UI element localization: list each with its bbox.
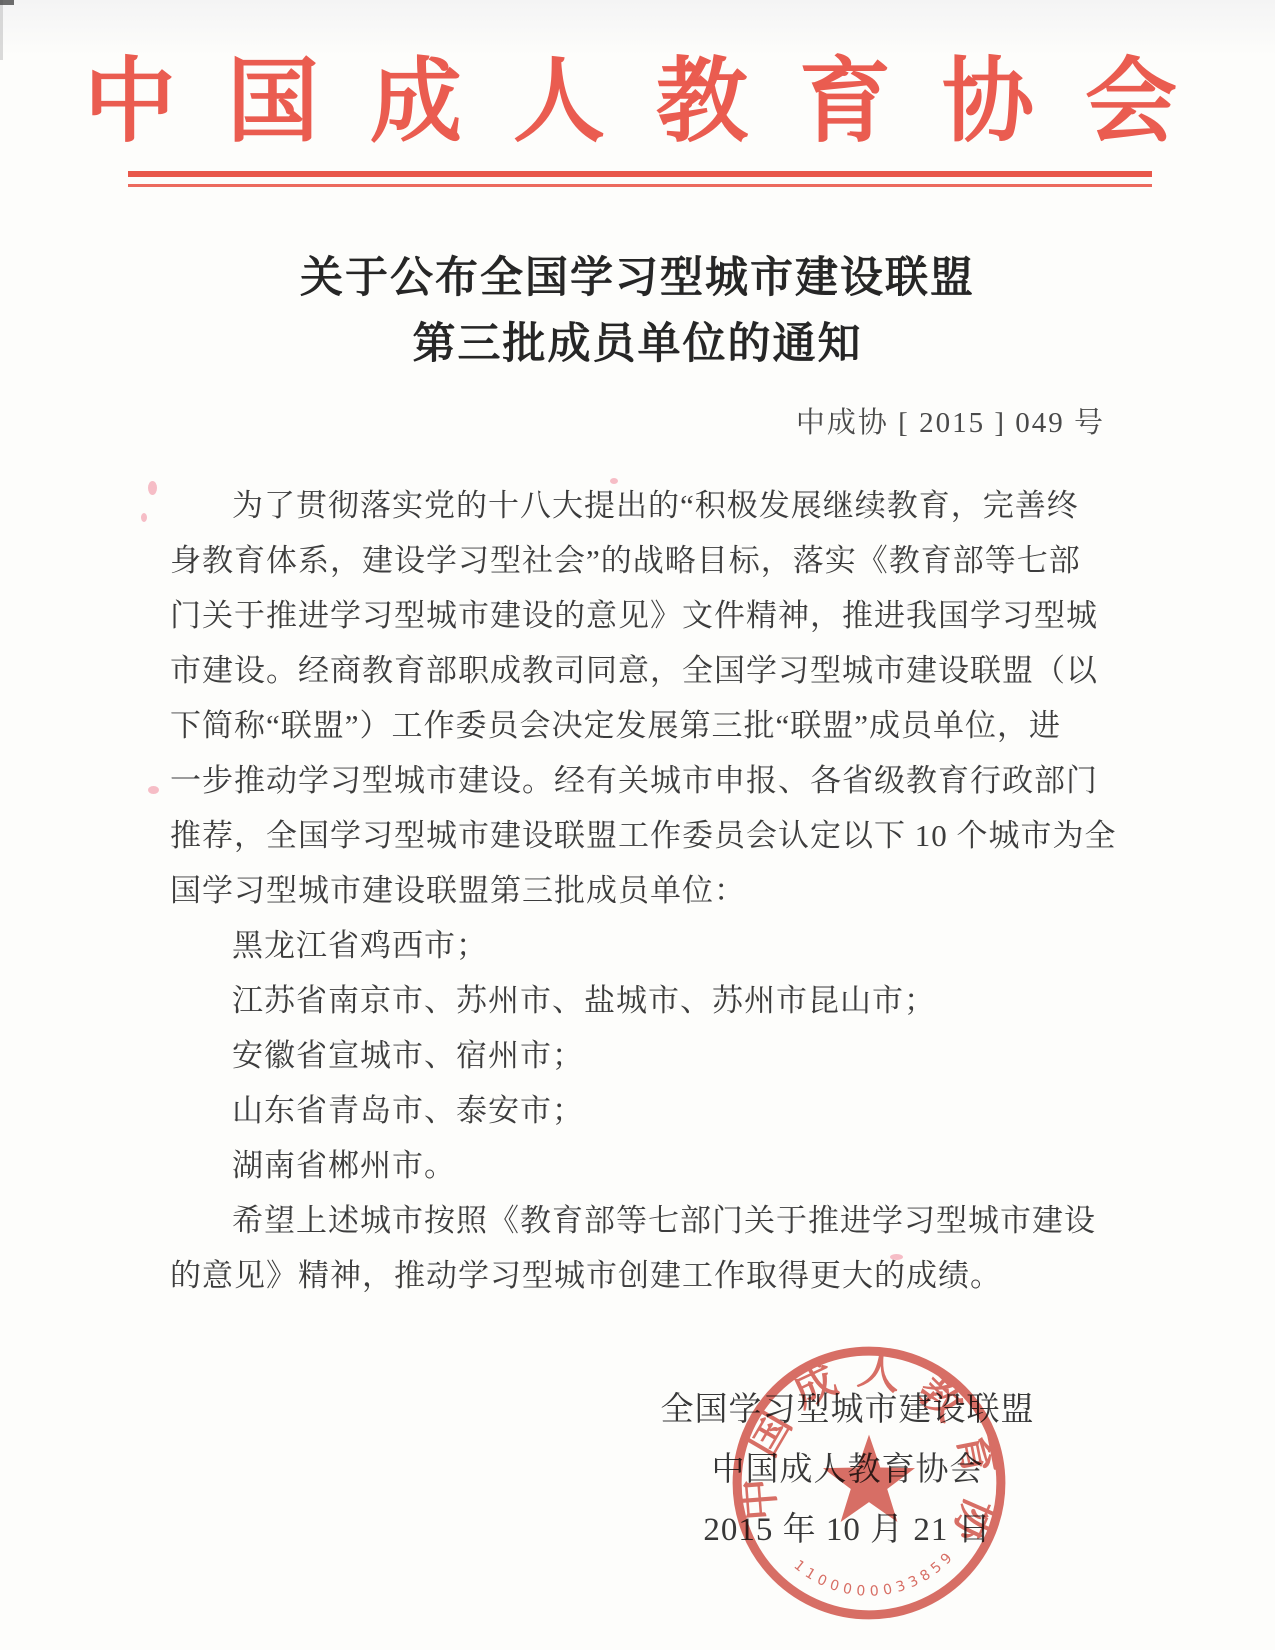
notice-title: 关于公布全国学习型城市建设联盟 第三批成员单位的通知 <box>110 246 1165 378</box>
city-list-item: 黑龙江省鸡西市； <box>170 918 1110 973</box>
notice-title-line2: 第三批成员单位的通知 <box>110 312 1165 378</box>
scan-edge-artifact <box>0 0 14 5</box>
scan-artifact <box>610 478 618 484</box>
body-line: 下简称“联盟”）工作委员会决定发展第三批“联盟”成员单位，进 <box>170 698 1110 753</box>
body-line: 门关于推进学习型城市建设的意见》文件精神，推进我国学习型城 <box>170 588 1110 643</box>
body-line: 希望上述城市按照《教育部等七部门关于推进学习型城市建设 <box>170 1193 1110 1248</box>
seal-arc-text: 中国成人教育协会 <box>718 1332 1006 1563</box>
body-line: 的意见》精神，推动学习型城市创建工作取得更大的成绩。 <box>170 1248 1110 1303</box>
city-list-item: 湖南省郴州市。 <box>170 1138 1110 1193</box>
scan-artifact <box>148 481 157 495</box>
notice-body: 为了贯彻落实党的十八大提出的“积极发展继续教育，完善终 身教育体系，建设学习型社… <box>170 478 1110 1303</box>
letterhead-rule-thin <box>128 184 1152 187</box>
body-line: 一步推动学习型城市建设。经有关城市申报、各省级教育行政部门 <box>170 753 1110 808</box>
letterhead-rule-thick <box>128 171 1152 177</box>
notice-title-line1: 关于公布全国学习型城市建设联盟 <box>110 246 1165 312</box>
official-seal-stamp: 中国成人教育协会 1100000033859 <box>718 1332 1020 1634</box>
body-line: 为了贯彻落实党的十八大提出的“积极发展继续教育，完善终 <box>170 478 1110 533</box>
scan-artifact <box>148 786 159 794</box>
body-line: 推荐，全国学习型城市建设联盟工作委员会认定以下 10 个城市为全 <box>170 808 1110 863</box>
letterhead-org-name: 中 国 成 人 教 育 协 会 <box>0 46 1275 158</box>
seal-serial-number: 1100000033859 <box>791 1547 959 1600</box>
scan-artifact <box>890 1254 903 1260</box>
body-line: 国学习型城市建设联盟第三批成员单位： <box>170 863 1110 918</box>
city-list-item: 安徽省宣城市、宿州市； <box>170 1028 1110 1083</box>
body-line: 身教育体系，建设学习型社会”的战略目标，落实《教育部等七部 <box>170 533 1110 588</box>
body-line: 市建设。经商教育部职成教司同意，全国学习型城市建设联盟（以 <box>170 643 1110 698</box>
seal-star-icon <box>823 1435 915 1522</box>
doc-reference-number: 中成协 [ 2015 ] 049 号 <box>170 400 1105 441</box>
city-list-item: 江苏省南京市、苏州市、盐城市、苏州市昆山市； <box>170 973 1110 1028</box>
scanned-notice-page: 中 国 成 人 教 育 协 会 关于公布全国学习型城市建设联盟 第三批成员单位的… <box>0 0 1275 1650</box>
scan-artifact <box>141 513 147 522</box>
city-list-item: 山东省青岛市、泰安市； <box>170 1083 1110 1138</box>
